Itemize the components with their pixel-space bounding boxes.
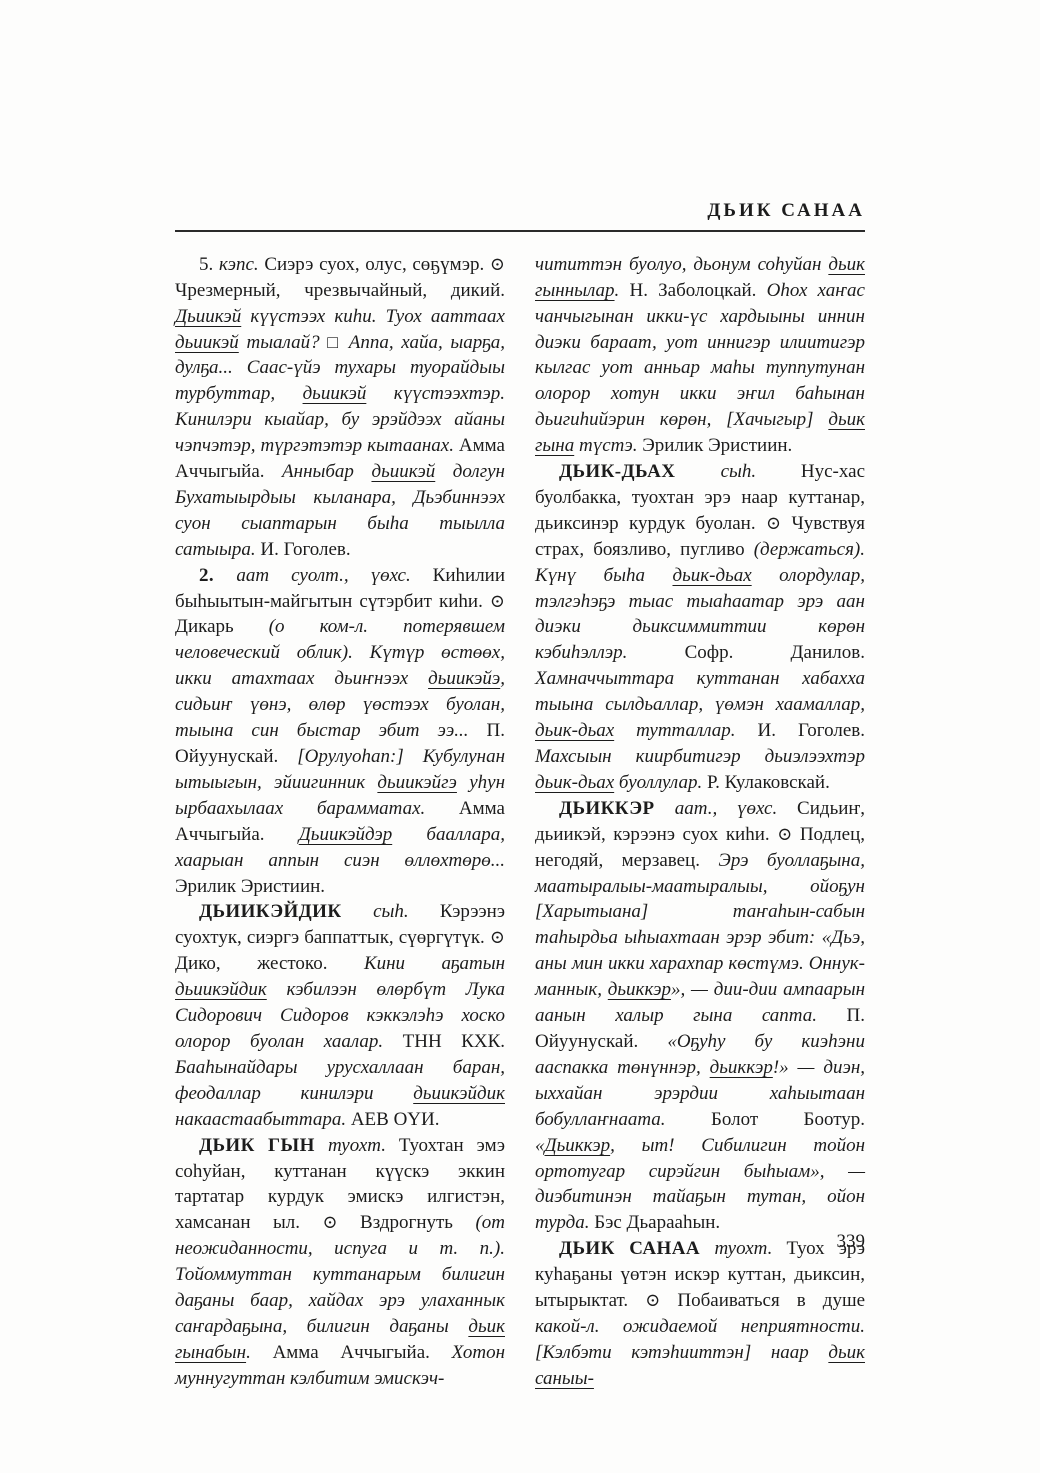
- text-run: кэпс.: [219, 254, 259, 275]
- text-run: сыһ.: [721, 461, 757, 482]
- text-run: Н. Заболоцкай.: [629, 280, 766, 301]
- text-run: дьиикэй: [175, 332, 239, 353]
- text-run: «: [535, 1135, 545, 1156]
- text-run: ТНН КХК.: [403, 1031, 505, 1052]
- text-run: Кини аҕатын: [364, 953, 505, 974]
- paragraph: ДЬИК ГЫН туохт. Туохтан эмэ соһуйан, кут…: [175, 1133, 505, 1392]
- text-run: Эрилик Эристиин.: [642, 435, 792, 456]
- text-run: гыннылар: [535, 280, 615, 301]
- text-run: Дьиикэйдэр: [299, 824, 393, 845]
- running-head: ДЬИК САНАА: [175, 200, 865, 230]
- text-run: сыһ.: [373, 901, 409, 922]
- paragraph: 2. аат суолт., үөхс. Киһилии быһыытын-ма…: [175, 563, 505, 900]
- marker-symbol: □: [327, 332, 341, 352]
- dictionary-page: ДЬИК САНАА 5. кэпс. Сиэрэ суох, олус, сө…: [0, 0, 1040, 1473]
- column-left: 5. кэпс. Сиэрэ суох, олус, сөҕүмэр. ⊙ Чр…: [175, 252, 505, 1392]
- text-run: Сиэрэ суох, олус, сөҕүмэр.: [259, 254, 490, 275]
- text-run: Амма Аччыгыйа.: [273, 1342, 452, 1363]
- text-run: (держаться).: [754, 539, 865, 560]
- text-run: дьик-дьах: [535, 772, 614, 793]
- text-run: чититтэн буолуо, дьонум соһуйан: [535, 254, 828, 275]
- text-run: дьик: [468, 1316, 505, 1337]
- marker-symbol: ⊙: [766, 513, 781, 533]
- text-run: Софр. Данилов.: [685, 642, 865, 663]
- paragraph: ДЬИИКЭЙДИК сыһ. Кэрээнэ суохтук, сиэргэ …: [175, 899, 505, 1132]
- text-run: Махсыын киирбитигэр дьиэлээхтэр: [535, 746, 865, 767]
- text-run: гына: [535, 435, 574, 456]
- text-run: түстэ.: [574, 435, 642, 456]
- text-run: Хамначчыттара куттанан хабахха тыына сыл…: [535, 668, 865, 715]
- text-run: туохт.: [328, 1135, 386, 1156]
- text-run: какой-л. ожидаемой неприятности.: [535, 1316, 865, 1337]
- marker-symbol: ⊙: [490, 591, 505, 611]
- text-run: .: [246, 1342, 273, 1363]
- text-run: ДЬИК-ДЬАХ: [559, 461, 721, 482]
- text-run: Р. Кулаковскай.: [707, 772, 830, 793]
- paragraph: ДЬИККЭР аат., үөхс. Сидьиҥ, дьиикэй, кэр…: [535, 796, 865, 1236]
- text-run: дьиикэйдик: [175, 979, 267, 1000]
- text-run: Дико, жестоко.: [175, 953, 364, 974]
- text-run: дьиикэйгэ: [377, 772, 457, 793]
- text-run: Дьиикэй: [175, 306, 241, 327]
- text-run: Болот Боотур.: [711, 1109, 865, 1130]
- text-run: дьик: [828, 1342, 865, 1363]
- text-run: 2.: [199, 565, 236, 586]
- text-run: .: [615, 280, 630, 301]
- text-run: Эрэ буоллаҕына, маатыралыы-маатыралыы, о…: [535, 850, 865, 1001]
- text-run: күүстээх киһи. Туох ааттаах: [241, 306, 505, 327]
- paragraph: чититтэн буолуо, дьонум соһуйан дьик гын…: [535, 252, 865, 459]
- text-block: ДЬИК САНАА 5. кэпс. Сиэрэ суох, олус, сө…: [175, 200, 865, 1392]
- column-right: чититтэн буолуо, дьонум соһуйан дьик гын…: [535, 252, 865, 1392]
- text-run: дьиикэйдик: [413, 1083, 505, 1104]
- two-column-layout: 5. кэпс. Сиэрэ суох, олус, сөҕүмэр. ⊙ Чр…: [175, 252, 865, 1392]
- text-run: Оһох хаҥас чанчыгынан икки-үс хардыыны и…: [535, 280, 865, 431]
- text-run: аат., үөхс.: [675, 798, 777, 819]
- text-run: Эрилик Эристиин.: [175, 876, 325, 897]
- text-run: накаастаабыттара.: [175, 1109, 351, 1130]
- text-run: Тойоммуттан куттанарым билигин даҕаны ба…: [175, 1264, 505, 1337]
- text-run: дьиккэр: [710, 1057, 773, 1078]
- marker-symbol: ⊙: [777, 824, 792, 844]
- text-run: тутталлар.: [614, 720, 757, 741]
- marker-symbol: ⊙: [322, 1212, 337, 1232]
- text-run: Анныбар: [282, 461, 371, 482]
- text-run: 5.: [199, 254, 219, 275]
- header-rule: [175, 230, 865, 232]
- text-run: дьик-дьах: [535, 720, 614, 741]
- page-number: 339: [175, 1231, 865, 1253]
- text-run: гынабын: [175, 1342, 246, 1363]
- text-run: Чрезмерный, чрезвычайный, дикий.: [175, 280, 505, 301]
- paragraph: ДЬИК САНАА туохт. Туох эрэ куһаҕаны үөтэ…: [535, 1236, 865, 1391]
- text-run: [Кэлбэти кэтэһииттэн] наар: [535, 1342, 828, 1363]
- text-run: Побаиваться в душе: [660, 1290, 865, 1311]
- text-run: дьик: [828, 409, 865, 430]
- text-run: дьиккэр: [608, 979, 671, 1000]
- text-run: ДЬИККЭР: [559, 798, 675, 819]
- paragraph: ДЬИК-ДЬАХ сыһ. Нус-хас буолбакка, туохта…: [535, 459, 865, 796]
- text-run: И. Гоголев.: [758, 720, 865, 741]
- text-run: Дикарь: [175, 616, 269, 637]
- text-run: дьик: [828, 254, 865, 275]
- text-run: саныы-: [535, 1368, 594, 1389]
- text-run: И. Гоголев.: [260, 539, 350, 560]
- marker-symbol: ⊙: [490, 254, 505, 274]
- text-run: Дьиккэр: [545, 1135, 611, 1156]
- text-run: дьиикэй: [303, 383, 367, 404]
- marker-symbol: ⊙: [645, 1290, 660, 1310]
- text-run: буоллулар.: [614, 772, 707, 793]
- text-run: дьик-дьах: [672, 565, 751, 586]
- text-run: Күнү быһа: [535, 565, 672, 586]
- text-run: АЕВ ОҮИ.: [351, 1109, 440, 1130]
- text-run: ДЬИИКЭЙДИК: [199, 901, 373, 922]
- text-run: дьиикэйэ: [428, 668, 500, 689]
- text-run: аат суолт., үөхс.: [236, 565, 410, 586]
- text-run: ДЬИК ГЫН: [199, 1135, 328, 1156]
- text-run: дьиикэй: [371, 461, 435, 482]
- marker-symbol: ⊙: [490, 927, 505, 947]
- text-run: тыалай?: [239, 332, 327, 353]
- paragraph: 5. кэпс. Сиэрэ суох, олус, сөҕүмэр. ⊙ Чр…: [175, 252, 505, 563]
